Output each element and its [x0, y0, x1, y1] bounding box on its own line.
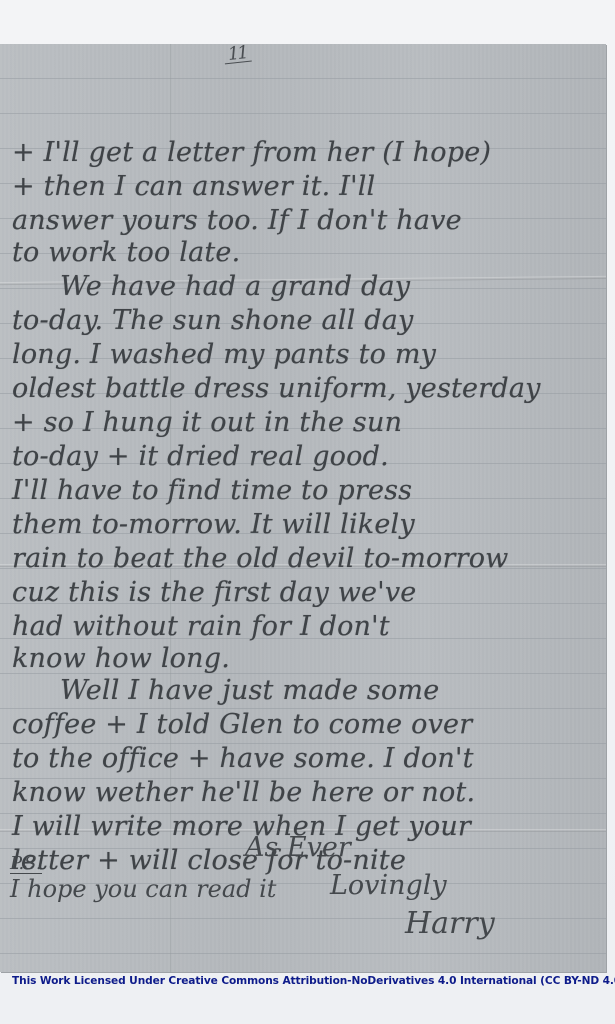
- letter-line: to the office + have some. I don't: [12, 742, 608, 776]
- letter-line: know how long.: [12, 642, 608, 676]
- letter-line: + I'll get a letter from her (I hope): [12, 136, 608, 170]
- letter-line: + then I can answer it. I'll: [12, 170, 608, 204]
- signature: Harry: [405, 906, 495, 941]
- letter-line: them to-morrow. It will likely: [12, 508, 608, 542]
- letter-line: had without rain for I don't: [12, 610, 608, 644]
- letter-line: cuz this is the first day we've: [12, 576, 608, 610]
- postscript-label: P.S.: [10, 855, 42, 874]
- letter-line: to-day + it dried real good.: [12, 440, 608, 474]
- postscript-text: I hope you can read it: [10, 875, 276, 903]
- letter-line: coffee + I told Glen to come over: [12, 708, 608, 742]
- closing-lovingly: Lovingly: [330, 870, 447, 901]
- letter-line: rain to beat the old devil to-morrow: [12, 542, 608, 576]
- letter-line: answer yours too. If I don't have: [12, 204, 608, 238]
- page-number: 11: [223, 45, 252, 65]
- letter-line: Well I have just made some: [12, 674, 615, 708]
- letter-line: know wether he'll be here or not.: [12, 776, 608, 810]
- license-notice: This Work Licensed Under Creative Common…: [12, 975, 615, 987]
- letter-line: to-day. The sun shone all day: [12, 304, 608, 338]
- letter-line: to work too late.: [12, 236, 608, 270]
- letter-line: long. I washed my pants to my: [12, 338, 608, 372]
- letter-line: I'll have to find time to press: [12, 474, 608, 508]
- closing-as-ever: As Ever: [245, 832, 351, 863]
- letter-line: We have had a grand day: [12, 270, 615, 304]
- letter-line: oldest battle dress uniform, yesterday: [12, 372, 608, 406]
- letter-line: + so I hung it out in the sun: [12, 406, 608, 440]
